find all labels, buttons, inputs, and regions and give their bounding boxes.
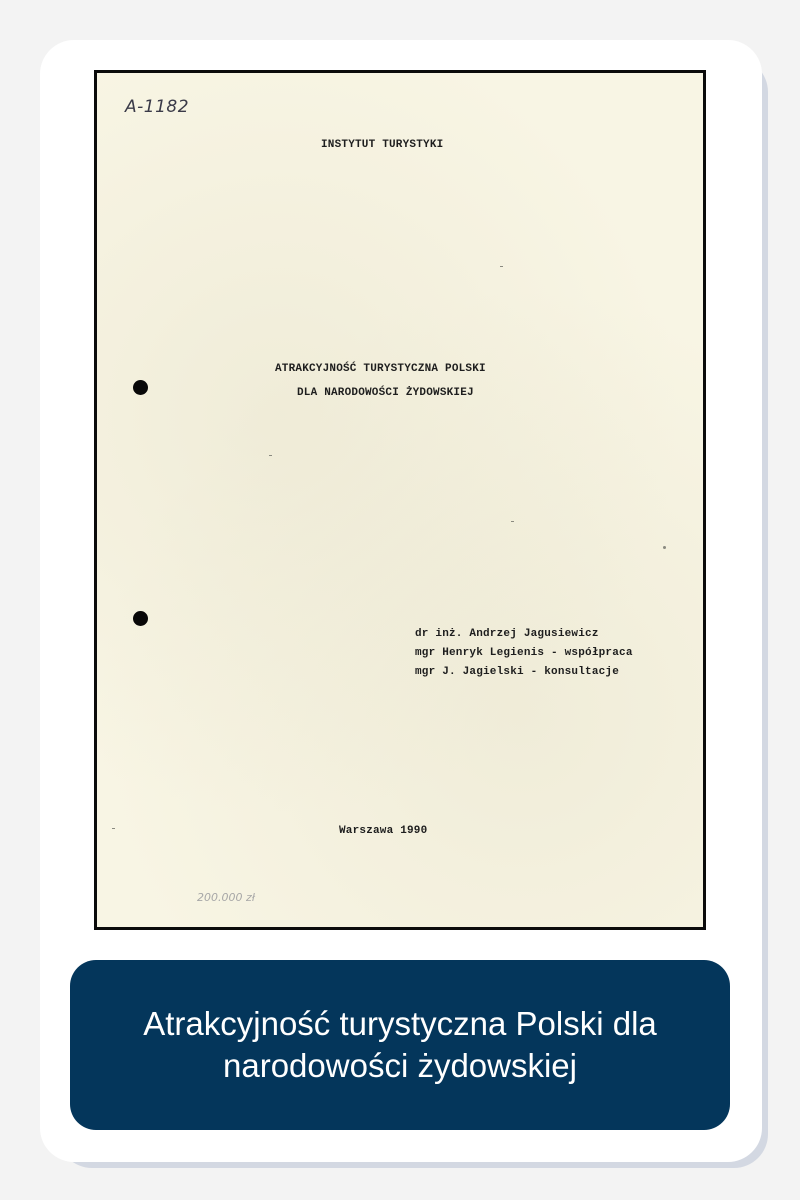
caption-title: Atrakcyjność turystyczna Polski dla naro… xyxy=(90,1003,710,1087)
document-title-line-2: DLA NARODOWOŚCI ŻYDOWSKIEJ xyxy=(297,387,474,399)
authors-list: dr inż. Andrzej Jagusiewicz mgr Henryk L… xyxy=(415,625,633,682)
price-note: 200.000 zł xyxy=(197,891,255,904)
author-2: mgr Henryk Legienis - współpraca xyxy=(415,644,633,663)
archive-id: A-1182 xyxy=(125,97,189,117)
institute-name: INSTYTUT TURYSTYKI xyxy=(321,139,443,151)
paper-speck xyxy=(269,455,272,456)
document-title-line-1: ATRAKCYJNOŚĆ TURYSTYCZNA POLSKI xyxy=(275,363,486,375)
punch-hole-icon xyxy=(133,380,148,395)
paper-speck xyxy=(663,546,666,549)
author-3: mgr J. Jagielski - konsultacje xyxy=(415,663,633,682)
paper-speck xyxy=(500,266,503,267)
paper-speck xyxy=(112,828,115,829)
paper-speck xyxy=(511,521,514,522)
caption-banner: Atrakcyjność turystyczna Polski dla naro… xyxy=(70,960,730,1130)
author-1: dr inż. Andrzej Jagusiewicz xyxy=(415,625,633,644)
document-scan[interactable]: A-1182 INSTYTUT TURYSTYKI ATRAKCYJNOŚĆ T… xyxy=(97,73,703,927)
place-date: Warszawa 1990 xyxy=(339,825,427,837)
punch-hole-icon xyxy=(133,611,148,626)
